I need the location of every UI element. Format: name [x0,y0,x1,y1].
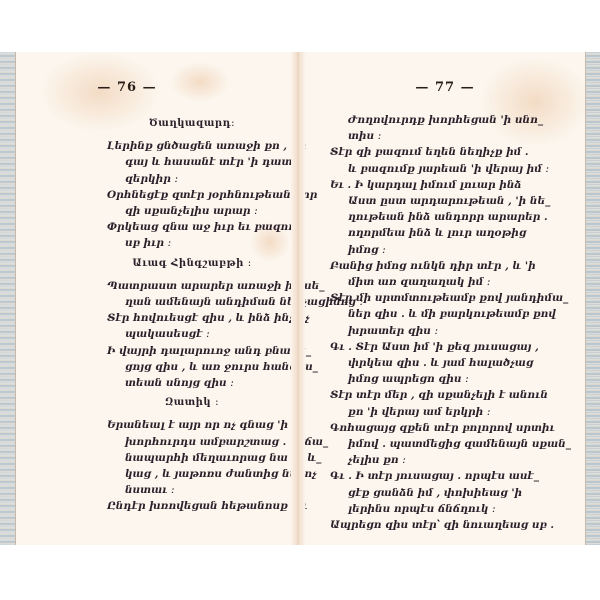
text-line: ցոյց զիս , և առ ջուրս հանգըս_ [107,359,277,375]
text-line: քո 'ի վերայ ամ երկրի ։ [330,404,530,420]
text-line: սբ իւր ։ [107,235,277,251]
text-line: տեան սնոյց զիս ։ [107,375,277,391]
text-line: Գւ . Ի տէր յուսացայ . որպէս ասէ_ [330,468,530,484]
text-line: Փրկեաց զնա աջ իւր եւ բազուկ [107,219,277,235]
book-edge-left [0,52,16,545]
text-line: նստաւ ։ [107,482,277,498]
text-line: Տէր հովուեսցէ զիս , և ինձ ինչ ոչ [107,310,277,326]
text-line: Ժողովուրդք խորհեցան 'ի սնո_ [330,112,530,128]
text-line: ցէք ցանձն իմ , փոխիեաց 'ի [330,485,530,501]
text-line: և բազումք յարեան 'ի վերայ իմ ։ [330,161,530,177]
page-number-left: — 76 — [47,80,207,95]
text-line: Եւ . Ի կարդալ իմում լուար ինձ [330,177,530,193]
section-heading: Աւագ Հինգշաբթի ։ [107,256,277,272]
page-number-right: — 77 — [365,80,525,95]
text-line: Տէր տէր մեր , զի սքանչելի է անուն [330,387,530,403]
text-line: փրկեա զիս . և յամ հալածչաց [330,355,530,371]
left-page: — 76 — Ծաղկազարդ։Լերինք ցնծացեն առաջի քո… [15,52,291,545]
open-book: — 76 — Ծաղկազարդ։Լերինք ցնծացեն առաջի քո… [0,52,600,545]
book-edge-right [585,52,600,545]
text-line: կաց , և յաթոռս ժանտից նա ոչ [107,466,277,482]
text-line: ղան ամենայն անդիման նեղչացիմոց ։ [107,294,277,310]
text-line: տիս ։ [330,128,530,144]
text-line: Լերինք ցնծացեն առաջի քո , զի [107,138,277,154]
text-line: Ապրեցո զիս տէր՝ զի նուաղեաց սբ . [330,517,530,533]
text-line: Ի վայրի դալարուոջ անդ բնակե_ [107,343,277,359]
text-line: զի սքանչելիս արար ։ [107,203,277,219]
text-line: միտ առ զաղաղակ իմ ։ [330,274,530,290]
text-line: խրատեր զիս ։ [330,323,530,339]
text-line: Գւ . Տէր Աստ իմ 'ի քեզ յուսացայ , [330,339,530,355]
text-line: Տէր մի սրտմտութեամբ քով յանդիմա_ [330,290,530,306]
text-line: խորհուրդս ամբարշտաց . 'ի ճա_ [107,434,277,450]
section-heading: Ծաղկազարդ։ [107,116,277,132]
text-line: զերկիր ։ [107,171,277,187]
text-line: Տէր զի բազում եղեն նեղիչք իմ . [330,144,530,160]
text-line: իմոց ապրեցո զիս ։ [330,371,530,387]
text-line: իմոց ։ [330,242,530,258]
text-line: Պատրաստ արարեր առաջի իմ սե_ [107,278,277,294]
text-line: ներ զիս . և մի բարկութեամբ քով [330,306,530,322]
text-line: չելիս քո ։ [330,452,530,468]
text-line: Բանից իմոց ունկն դիր տէր , և 'ի [330,258,530,274]
text-line: Գոհացայց զքեն տէր բոլորով սրտիւ [330,420,530,436]
text-line: ողորմեա ինձ և լուր աղօթից [330,225,530,241]
text-line: նապարհի մեղաւորաց նա ոչ և_ [107,450,277,466]
right-page: — 77 — Ժողովուրդք խորհեցան 'ի սնո_տիս ։Տ… [305,52,586,545]
section-heading: Զատիկ ։ [107,395,277,411]
text-line: գայ և հասանէ տէր 'ի դատել [107,154,277,170]
left-page-text: Ծաղկազարդ։Լերինք ցնծացեն առաջի քո , զիգա… [107,112,277,515]
right-page-text: Ժողովուրդք խորհեցան 'ի սնո_տիս ։Տէր զի բ… [330,112,530,533]
text-line: Ընդէր խռովեցան հեթանոսք , և [107,498,277,514]
text-line: ղութեան ինձ անդորր արարեր . [330,209,530,225]
text-line: Օրհնեցէք զտէր յօրհնութեան նոր [107,187,277,203]
text-line: Աստ ըստ արդարութեան , 'ի նե_ [330,193,530,209]
text-line: իմով . պատմեցից զամենայն սքան_ [330,436,530,452]
text-line: լերինս որպէս ճնճղուկ ։ [330,501,530,517]
text-line: Երանեալ է այր որ ոչ գնաց 'ի [107,417,277,433]
text-line: պակասեսցէ ։ [107,326,277,342]
book-gutter [291,52,305,545]
